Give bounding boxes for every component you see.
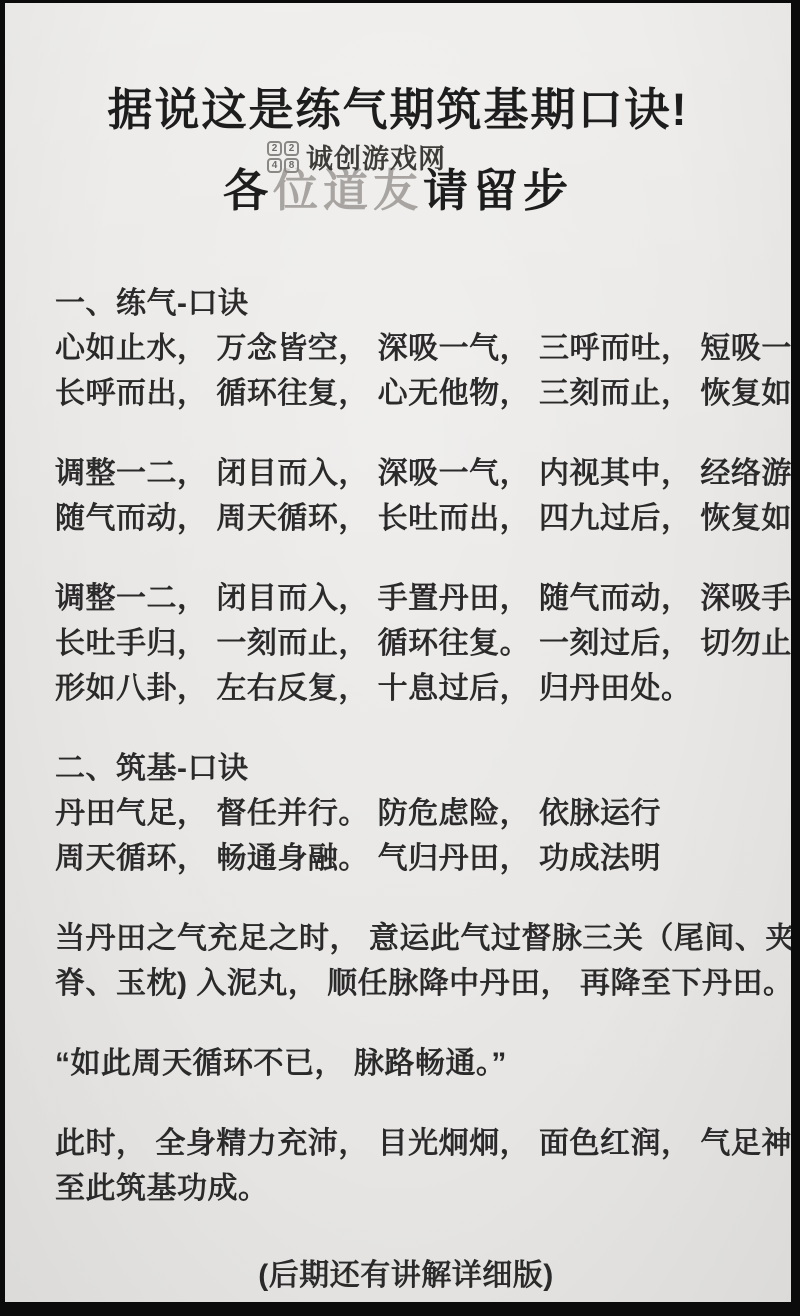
text-line: 随气而动， 周天循环， 长吐而出， 四九过后， 恢复如初。 (55, 496, 757, 541)
text-line: 心如止水， 万念皆空， 深吸一气， 三呼而吐， 短吸一气， (55, 326, 757, 371)
text-line: 长呼而出， 循环往复， 心无他物， 三刻而止， 恢复如初。 (55, 371, 757, 416)
watermark-2048-tiles-icon: 2 2 4 8 (267, 141, 299, 173)
section-foundation-building: 二、筑基-口诀 丹田气足， 督任并行。 防危虑险， 依脉运行 周天循环， 畅通身… (55, 746, 757, 881)
section-heading: 二、筑基-口诀 (55, 746, 757, 791)
poster-image: { "colors": { "frame": "#0b0b0b", "backg… (0, 0, 800, 1316)
body-text: 一、练气-口诀 心如止水， 万念皆空， 深吸一气， 三呼而吐， 短吸一气， 长呼… (55, 281, 757, 1298)
title-block: 据说这是练气期筑基期口诀! 各位道友请留步 (5, 3, 791, 219)
watermark-site-name: 诚创游戏网 (306, 137, 446, 176)
paragraph: 调整一二， 闭目而入， 手置丹田， 随气而动， 深吸手抬 长吐手归， 一刻而止，… (55, 576, 757, 711)
text-line: 至此筑基功成。 (55, 1166, 757, 1211)
text-line: 当丹田之气充足之时， 意运此气过督脉三关（尾间、夹 (55, 916, 757, 961)
paragraph: 当丹田之气充足之时， 意运此气过督脉三关（尾间、夹 脊、玉枕) 入泥丸， 顺任脉… (55, 916, 757, 1006)
section-heading: 一、练气-口诀 (55, 281, 757, 326)
text-line: 周天循环， 畅通身融。 气归丹田， 功成法明 (55, 836, 757, 881)
subtitle-prefix: 各 (223, 165, 273, 216)
footer-note: (后期还有讲解详细版) (55, 1253, 757, 1298)
text-line: 调整一二， 闭目而入， 深吸一气， 内视其中， 经络游走， (55, 451, 757, 496)
page-title: 据说这是练气期筑基期口诀! (5, 73, 791, 138)
section-qi-refining: 一、练气-口诀 心如止水， 万念皆空， 深吸一气， 三呼而吐， 短吸一气， 长呼… (55, 281, 757, 416)
text-line: 长吐手归， 一刻而止， 循环往复。 一刻过后， 切勿止步 (55, 621, 757, 666)
paragraph: 调整一二， 闭目而入， 深吸一气， 内视其中， 经络游走， 随气而动， 周天循环… (55, 451, 757, 541)
watermark-tile: 4 (267, 158, 282, 173)
watermark-tile: 2 (284, 141, 299, 156)
paragraph: 此时， 全身精力充沛， 目光炯炯， 面色红润， 气足神清 至此筑基功成。 (55, 1121, 757, 1211)
page-background: 据说这是练气期筑基期口诀! 各位道友请留步 2 2 4 8 诚创游戏网 一、练气… (5, 3, 791, 1302)
watermark: 2 2 4 8 诚创游戏网 (267, 137, 446, 176)
text-line: 脊、玉枕) 入泥丸， 顺任脉降中丹田， 再降至下丹田。 (55, 961, 757, 1006)
text-line: 此时， 全身精力充沛， 目光炯炯， 面色红润， 气足神清 (55, 1121, 757, 1166)
text-line: 丹田气足， 督任并行。 防危虑险， 依脉运行 (55, 791, 757, 836)
watermark-tile: 2 (267, 141, 282, 156)
watermark-tile: 8 (284, 158, 299, 173)
quote-paragraph: “如此周天循环不已， 脉路畅通。” (55, 1041, 757, 1086)
text-line: “如此周天循环不已， 脉路畅通。” (55, 1041, 757, 1086)
text-line: 形如八卦， 左右反复， 十息过后， 归丹田处。 (55, 666, 757, 711)
text-line: 调整一二， 闭目而入， 手置丹田， 随气而动， 深吸手抬 (55, 576, 757, 621)
